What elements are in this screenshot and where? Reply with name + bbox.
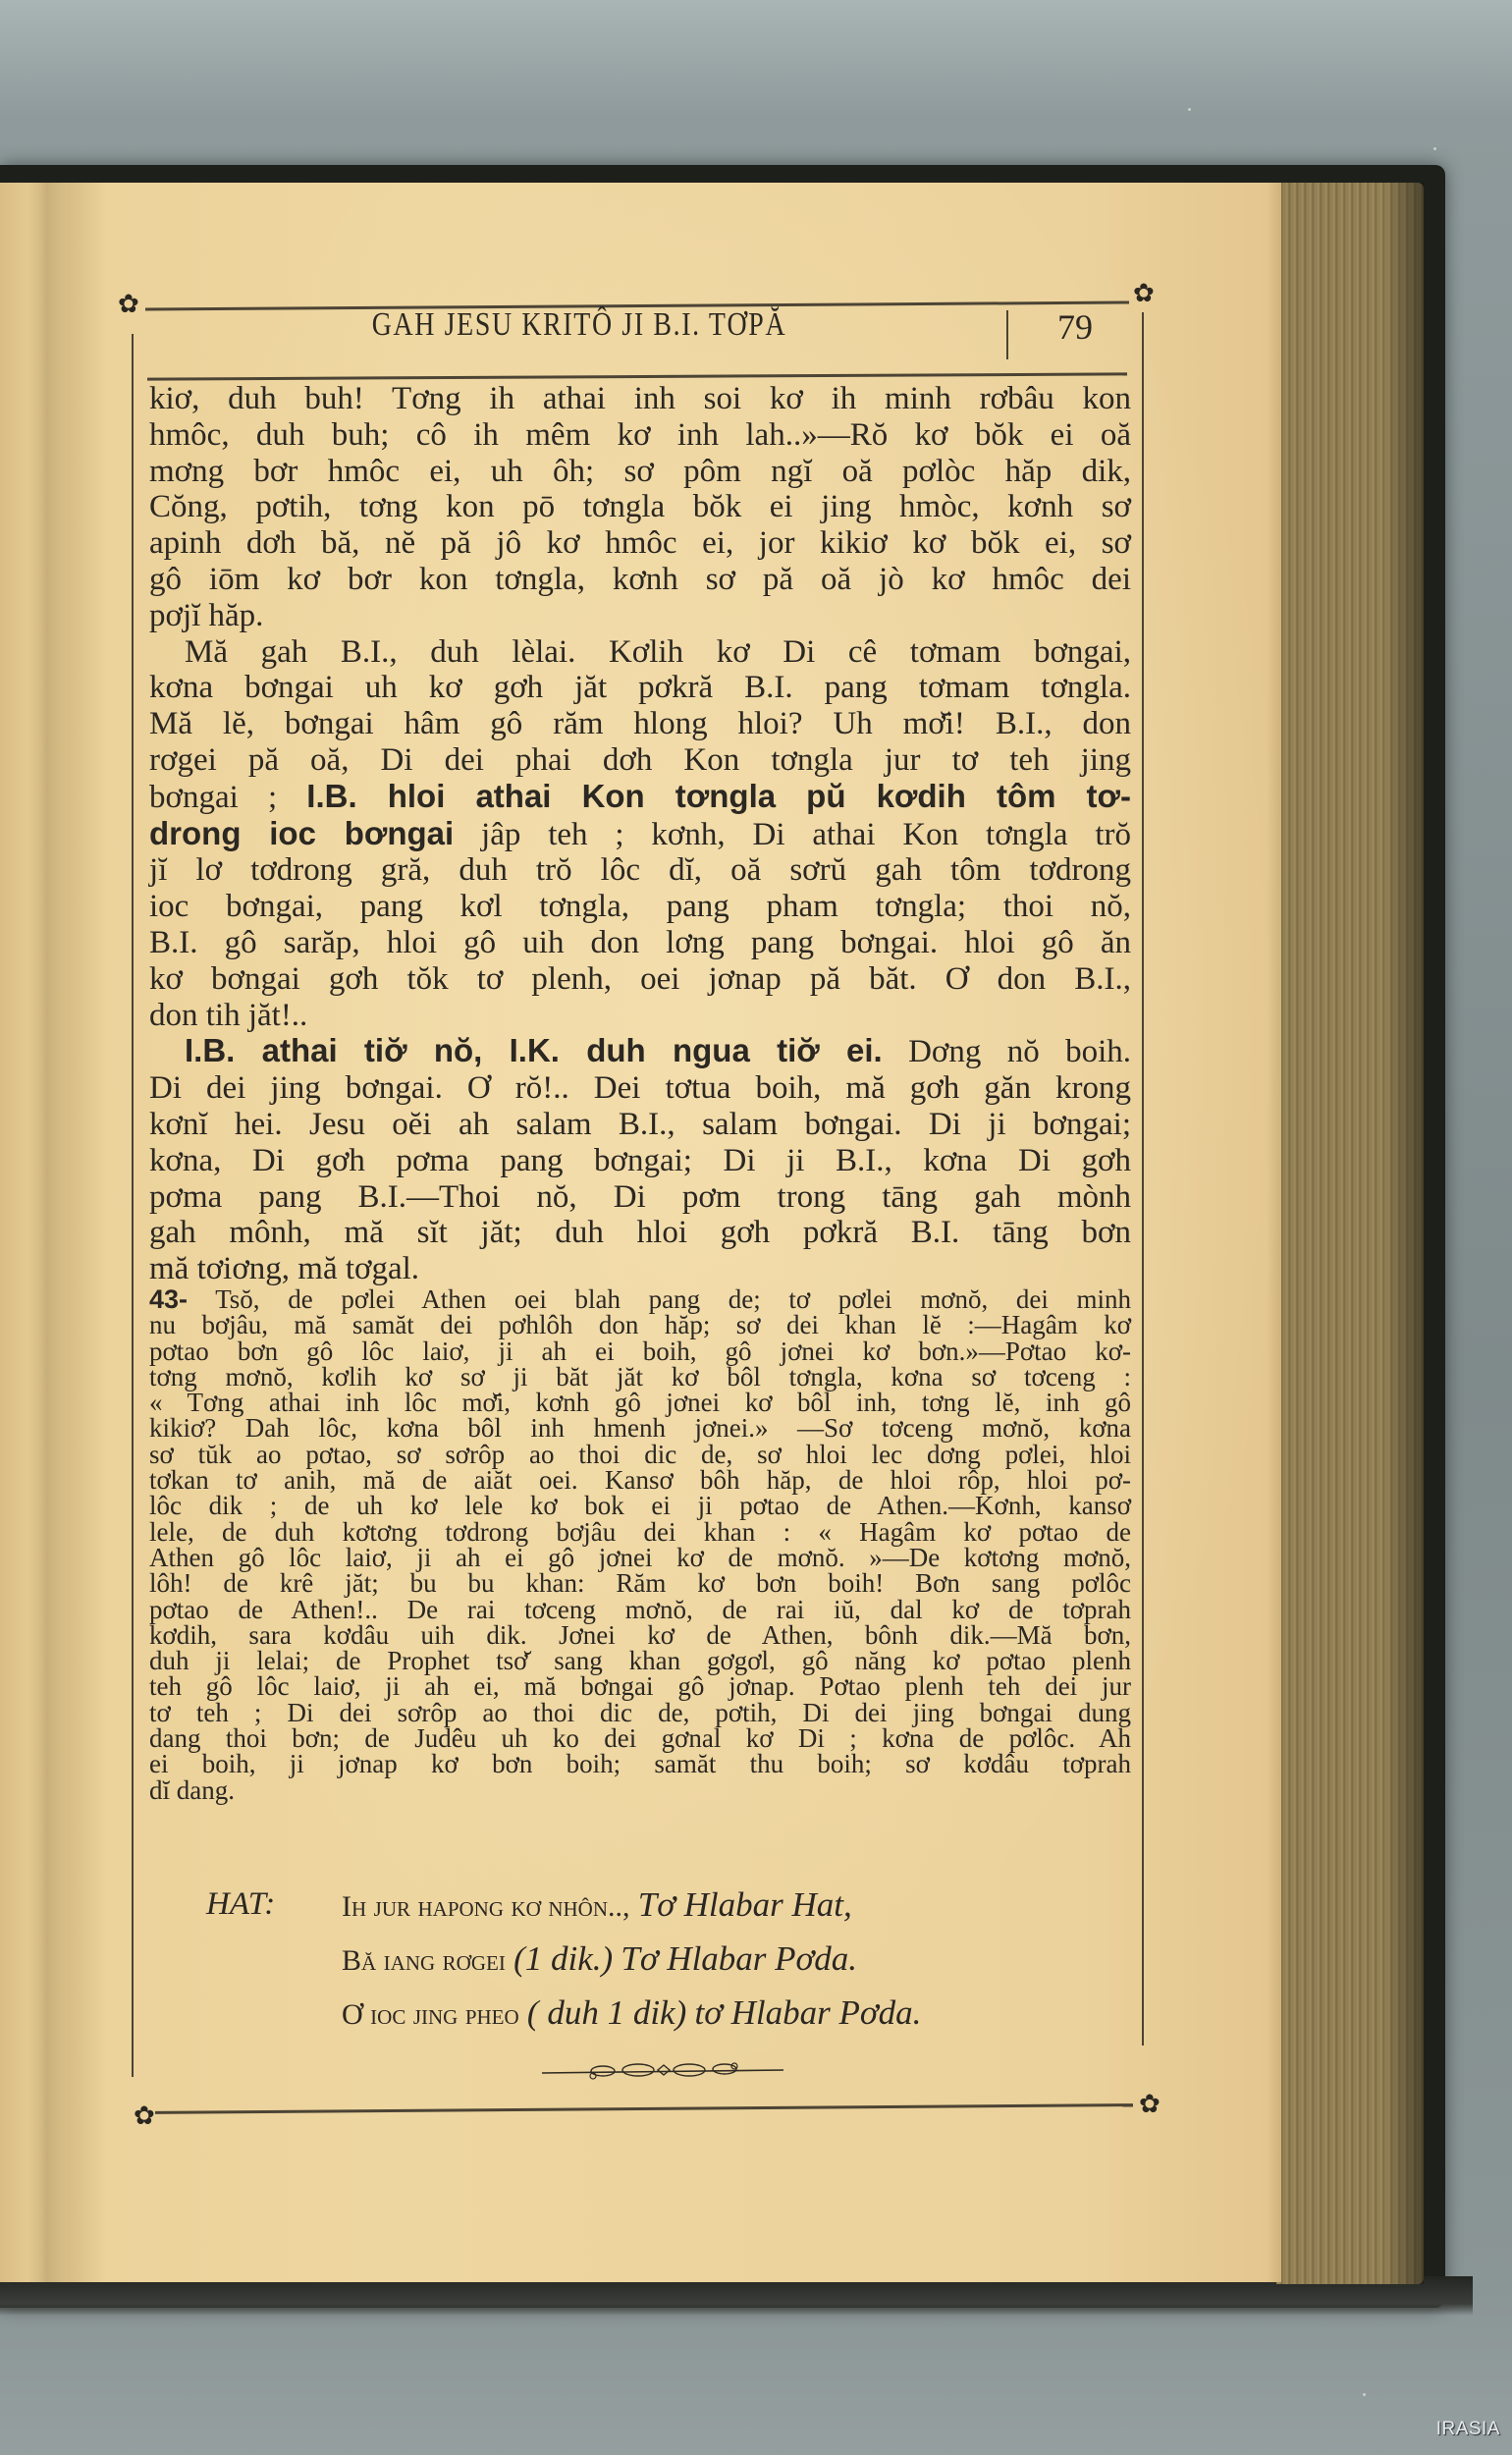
text-line: pơtao de Athen!.. De rai tơceng mơnŏ, de… [149,1597,1131,1622]
text-line: lôc dik ; de uh kơ lele kơ bok ei ji pơt… [149,1493,1131,1518]
main-text: kiơ, duh buh! Tơng ih athai inh soi kơ i… [149,381,1131,1287]
frame-left-rule [132,334,134,2077]
hymn-title: Ơ ioc jing pheo [342,1998,519,2031]
tailpiece-ornament [542,2060,783,2084]
text-line: B.I. gô sarăp, hloi gô uih don lơng pang… [149,925,1131,961]
text-line: pơjĭ hăp. [149,598,1131,634]
text-line: kikiơ? Dah lôc, kơna bôl inh hmenh jơnei… [149,1415,1131,1441]
paragraph-1: kiơ, duh buh! Tơng ih athai inh soi kơ i… [149,381,1131,634]
text-line-numbered: 43- Tsŏ, de pơlei Athen oei blah pang de… [149,1286,1131,1312]
example-paragraph-43: 43- Tsŏ, de pơlei Athen oei blah pang de… [149,1286,1131,1803]
text-line: tơng mơnŏ, kơlih kơ sơ ji băt jăt kơ bôl… [149,1364,1131,1390]
text-line: kơna, Di gơh pơma pang bơngai; Di ji B.I… [149,1143,1131,1179]
text-line-with-emphasis: drong ioc bơngai jâp teh ; kơnh, Di atha… [149,816,1131,853]
watermark-label: IRASIA [1436,2419,1500,2440]
text-line: duh ji lelai; de Prophet tsơ̆ sang khan … [149,1648,1131,1673]
rosette-ornament-bottom-right: ✿ [1139,2092,1161,2117]
text-line: apinh dơh bă, nĕ pă jô kơ hmôc ei, jor k… [149,525,1131,562]
paragraph-3: I.B. athai tiơ̆ nŏ, I.K. duh ngua tiơ̆ e… [149,1033,1131,1287]
text-line: rơgei pă oă, Di dei phai dơh Kon tơngla … [149,742,1131,779]
text-line: mă tơiơng, mă tơgal. [149,1251,1131,1287]
hymn-verse-note: ( duh 1 dik) [527,1993,686,2032]
hymn-entry: Ih jur hapong kơ nhôn.., Tơ Hlabar Hat, [342,1878,852,1934]
text-fragment: bơngai ; [149,780,277,815]
hymn-row: Bă iang rơgei (1 dik.) Tơ Hlabar Pơda. [206,1932,1149,1986]
text-line-with-emphasis: I.B. athai tiơ̆ nŏ, I.K. duh ngua tiơ̆ e… [149,1033,1131,1070]
book-cover-bottom-edge [0,2276,1473,2316]
text-line: lôh! de krê jăt; bu bu khan: Răm kơ bơn … [149,1570,1131,1596]
page-number-divider [1006,310,1008,359]
gutter-fold [27,183,67,2282]
running-head-title: GAH JESU KRITÔ JI B.I. TƠPĂ [233,306,925,365]
text-line: kơnĭ hei. Jesu oĕi ah salam B.I., salam … [149,1107,1131,1143]
frame-right-rule [1142,312,1144,2046]
text-line: pơtao bơn gô lôc laiơ, ji ah ei boih, gô… [149,1338,1131,1364]
text-line-with-emphasis: bơngai ; I.B. hloi athai Kon tơngla pŭ k… [149,779,1131,816]
text-line: Di dei jing bơngai. Ơ rŏ!.. Dei tơtua bo… [149,1070,1131,1107]
text-line: mơng bơr hmôc ei, uh ôh; sơ pôm ngĭ oă p… [149,454,1131,490]
text-line: kơ bơngai gơh tŏk tơ plenh, oei jơnap pă… [149,961,1131,998]
hymn-label: HAT: [206,1878,275,1932]
hymn-entry: Bă iang rơgei (1 dik.) Tơ Hlabar Pơda. [342,1932,857,1988]
text-line: jĭ lơ tơdrong gră, duh trŏ lôc dĭ, oă sơ… [149,852,1131,889]
hymn-verse-note: (1 dik.) [513,1939,613,1978]
hymn-title: Ih jur hapong kơ nhôn.., [342,1890,630,1923]
text-line: tơ teh ; Di dei sơrôp ao thoi dic de, pơ… [149,1700,1131,1725]
text-line: teh gô lôc laiơ, ji ah ei, mă bơngai gô … [149,1673,1131,1699]
text-line: hmôc, duh buh; cô ih mêm kơ inh lah..»—R… [149,417,1131,454]
text-line: lele, de duh kơtơng tơdrong bơjâu dei kh… [149,1519,1131,1545]
text-line: « Tơng athai inh lôc mơ̆i, kơnh gô jơnei… [149,1390,1131,1415]
rosette-ornament-top-left: ✿ [118,292,139,317]
text-line: dĭ dang. [149,1777,1131,1803]
hymn-source: Tơ Hlabar Hat, [638,1885,852,1924]
rosette-ornament-bottom-left: ✿ [134,2103,155,2129]
text-line: Mă gah B.I., duh lèlai. Kơlih kơ Di cê t… [149,634,1131,671]
hymn-references: HAT: Ih jur hapong kơ nhôn.., Tơ Hlabar … [206,1878,1149,2040]
text-line: gô iōm kơ bơr kon tơngla, kơnh sơ pă oă … [149,562,1131,598]
text-line: kiơ, duh buh! Tơng ih athai inh soi kơ i… [149,381,1131,417]
text-line: dang thoi bơn; de Judêu uh ko dei gơnal … [149,1725,1131,1751]
text-fragment: Dơng nŏ boih. [908,1034,1131,1069]
text-fragment: jâp teh ; kơnh, Di athai Kon tơngla trŏ [481,817,1131,852]
dust-speck [1363,2393,1366,2396]
page-number: 79 [1011,306,1139,348]
text-line: pơma pang B.I.—Thoi nŏ, Di pơm trong tān… [149,1179,1131,1216]
text-line: nu bơjâu, mă samăt dei pơhlôh don hăp; s… [149,1312,1131,1337]
text-line: ei boih, ji jơnap kơ bơn boih; samăt thu… [149,1751,1131,1776]
text-line: Mă lĕ, bơngai hâm gô răm hlong hloi? Uh … [149,706,1131,742]
dust-speck [1188,108,1191,111]
hymn-title: Bă iang rơgei [342,1944,506,1977]
hymn-source: tơ Hlabar Pơda. [695,1993,922,2032]
hymn-entry: Ơ ioc jing pheo ( duh 1 dik) tơ Hlabar P… [342,1986,921,2042]
hymn-row: HAT: Ih jur hapong kơ nhôn.., Tơ Hlabar … [206,1878,1149,1932]
text-line: kơdih, sara kơdâu uih dik. Jơnei kơ de A… [149,1622,1131,1648]
emphasis-text: I.B. athai tiơ̆ nŏ, I.K. duh ngua tiơ̆ e… [185,1032,883,1068]
text-line: ioc bơngai, pang kơl tơngla, pang pham t… [149,889,1131,925]
emphasis-text: drong ioc bơngai [149,815,454,851]
text-line: Cŏng, pơtih, tơng kon pō tơngla bŏk ei j… [149,489,1131,525]
dust-speck [1433,147,1436,150]
text-line: tơkan tơ anih, mă de aiăt oei. Kansơ bôh… [149,1467,1131,1493]
text-line: Athen gô lôc laiơ, ji ah ei gô jơnei kơ … [149,1545,1131,1570]
text-line: kơna bơngai uh kơ gơh jăt pơkră B.I. pan… [149,670,1131,706]
rosette-ornament-top-right: ✿ [1133,281,1155,306]
paragraph-2: Mă gah B.I., duh lèlai. Kơlih kơ Di cê t… [149,634,1131,1034]
hymn-row: Ơ ioc jing pheo ( duh 1 dik) tơ Hlabar P… [206,1986,1149,2040]
text-line: sơ tŭk ao pơtao, sơ sơrôp ao thoi dic de… [149,1442,1131,1467]
text-line: gah mônh, mă sĭt jăt; duh hloi gơh pơkră… [149,1215,1131,1251]
emphasis-text: I.B. hloi athai Kon tơngla pŭ kơdih tôm … [306,778,1131,814]
page-block-fore-edge [1276,183,1424,2284]
hymn-source: Tơ Hlabar Pơda. [621,1939,857,1978]
text-line: don tih jăt!.. [149,998,1131,1034]
